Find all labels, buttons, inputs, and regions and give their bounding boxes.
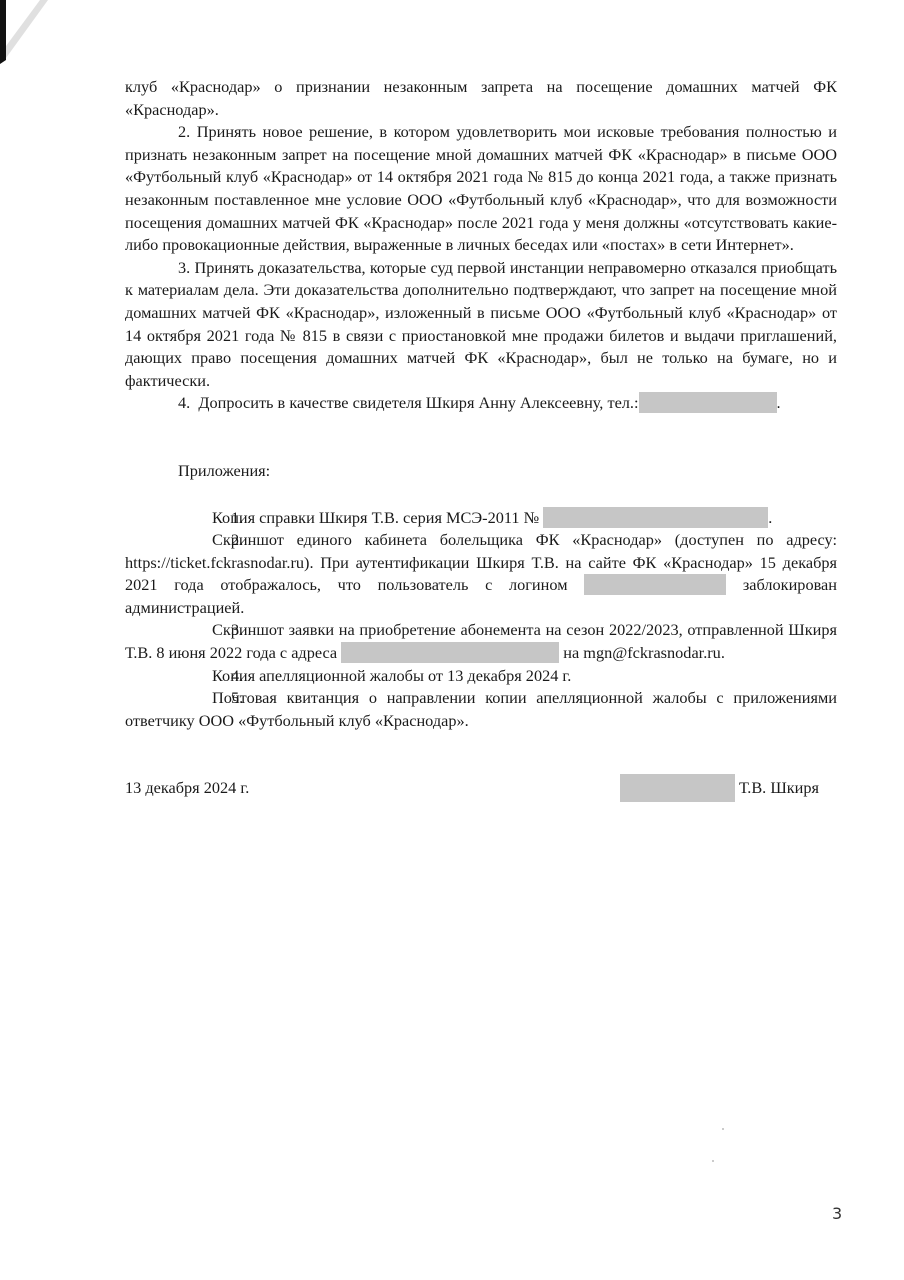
redacted-phone <box>639 392 777 413</box>
document-date: 13 декабря 2024 г. <box>125 777 249 800</box>
document-page: клуб «Краснодар» о признании незаконным … <box>125 76 837 801</box>
attachment-item-5: 5.Почтовая квитанция о направлении копии… <box>125 687 837 732</box>
redacted-login <box>584 574 726 595</box>
redacted-email <box>341 642 559 663</box>
page-number: 3 <box>832 1204 842 1223</box>
attachment-item-1: 1.Копия справки Шкиря Т.В. серия МСЭ-201… <box>125 507 837 530</box>
spacer <box>125 483 837 507</box>
page-corner-fold-shadow <box>0 0 60 70</box>
item-number: 2. <box>178 122 190 141</box>
spacer <box>125 415 837 460</box>
continuation-paragraph: клуб «Краснодар» о признании незаконным … <box>125 76 837 121</box>
scan-speck <box>722 1128 724 1130</box>
item-text: Принять новое решение, в котором удовлет… <box>125 122 837 254</box>
request-item-2: 2. Принять новое решение, в котором удов… <box>125 121 837 257</box>
redacted-signature <box>620 774 735 802</box>
attachment-item-2: 2.Скриншот единого кабинета болельщика Ф… <box>125 529 837 619</box>
attachments-list: 1.Копия справки Шкиря Т.В. серия МСЭ-201… <box>125 507 837 733</box>
signature-row: 13 декабря 2024 г. Т.В. Шкиря <box>125 777 837 801</box>
signatory-name: Т.В. Шкиря <box>739 777 819 800</box>
attachment-item-3: 3.Скриншот заявки на приобретение абонем… <box>125 619 837 664</box>
item-number: 3. <box>178 258 190 277</box>
signature-block: Т.В. Шкиря <box>620 774 819 802</box>
item-text: Допросить в качестве свидетеля Шкиря Анн… <box>198 393 638 412</box>
request-item-4: 4. Допросить в качестве свидетеля Шкиря … <box>125 392 837 415</box>
item-text: Принять доказательства, которые суд перв… <box>125 258 837 390</box>
scan-speck <box>712 1160 714 1162</box>
spacer <box>125 732 837 777</box>
item-number: 4. <box>178 393 190 412</box>
attachment-item-4: 4.Копия апелляционной жалобы от 13 декаб… <box>125 665 837 688</box>
attachments-title: Приложения: <box>125 460 837 483</box>
redacted-certificate-number <box>543 507 768 528</box>
request-item-3: 3. Принять доказательства, которые суд п… <box>125 257 837 393</box>
